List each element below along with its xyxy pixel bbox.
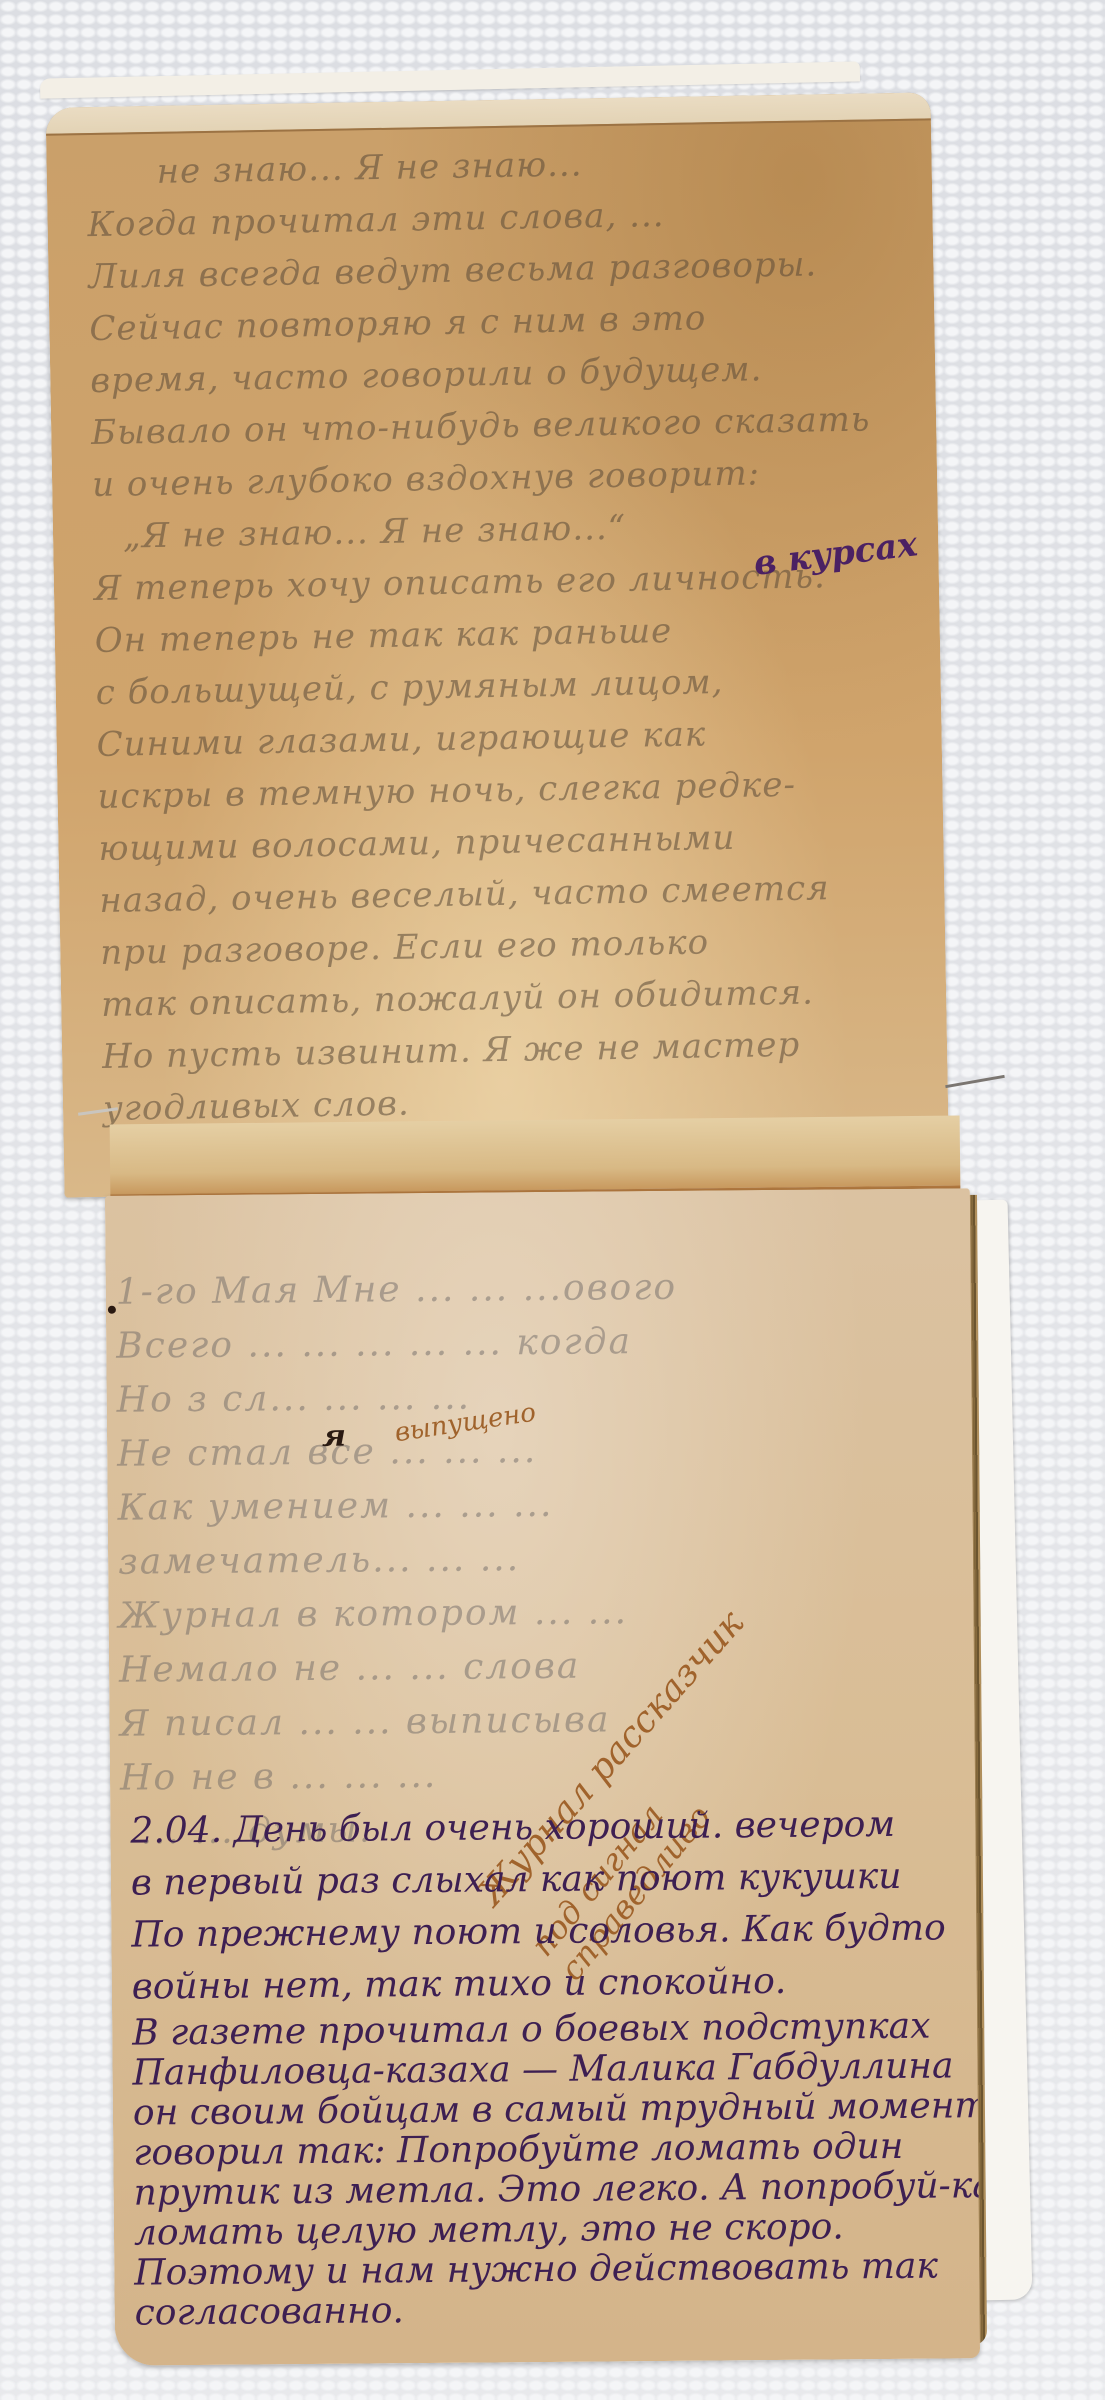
page-text-faded: 1-го Мая Мне ... ... ...ового Всего ... … <box>116 1258 976 1859</box>
text-line-faded: Как умением ... ... ... <box>117 1474 972 1535</box>
text-line-faded: Немало не ... ... слова <box>119 1636 974 1697</box>
text-line-faded: Я писал ... ... выписыва <box>119 1690 974 1751</box>
backing-sheet-top <box>40 61 860 98</box>
text-line-faded: Журнал в котором ... ... <box>118 1582 973 1643</box>
entry-line: согласованно. <box>134 2286 979 2333</box>
notebook-page-bottom: 1-го Мая Мне ... ... ...ового Всего ... … <box>105 1188 980 2366</box>
entry-line: прутик из метла. Это легко. А попробуй-к… <box>133 2166 978 2213</box>
small-mark: я <box>322 1419 346 1454</box>
entry-line: в первый раз слыхал как поют кукушки <box>131 1850 976 1909</box>
torn-edge <box>46 92 931 135</box>
text-line-faded: Но з сл... ... ... ... <box>116 1366 971 1427</box>
entry-line: войны нет, так тихо и спокойно. <box>132 1954 977 2013</box>
binding-thread-right <box>945 1075 1005 1088</box>
text-line-faded: Не стал все ... ... ... <box>117 1420 972 1481</box>
notebook-page-top: не знаю... Я не знаю... Когда прочитал э… <box>46 92 950 1197</box>
text-line-faded: замечатель... ... ... <box>118 1528 973 1589</box>
entry-line: 2.04. День был очень хороший. вечером <box>130 1798 975 1857</box>
text-line-faded: Но не в ... ... ... <box>120 1744 975 1805</box>
diary-entry: 2.04. День был очень хороший. вечером в … <box>130 1798 980 2333</box>
page-text-top: не знаю... Я не знаю... Когда прочитал э… <box>86 132 949 1197</box>
ink-dot <box>108 1306 116 1314</box>
text-line-faded: Всего ... ... ... ... ... когда <box>116 1312 971 1373</box>
entry-line: Поэтому и нам нужно действовать так <box>134 2246 979 2293</box>
page-fold <box>110 1116 961 1198</box>
entry-line: По прежнему поют и соловья. Как будто <box>131 1902 976 1961</box>
text-line-faded: 1-го Мая Мне ... ... ...ового <box>116 1258 971 1319</box>
